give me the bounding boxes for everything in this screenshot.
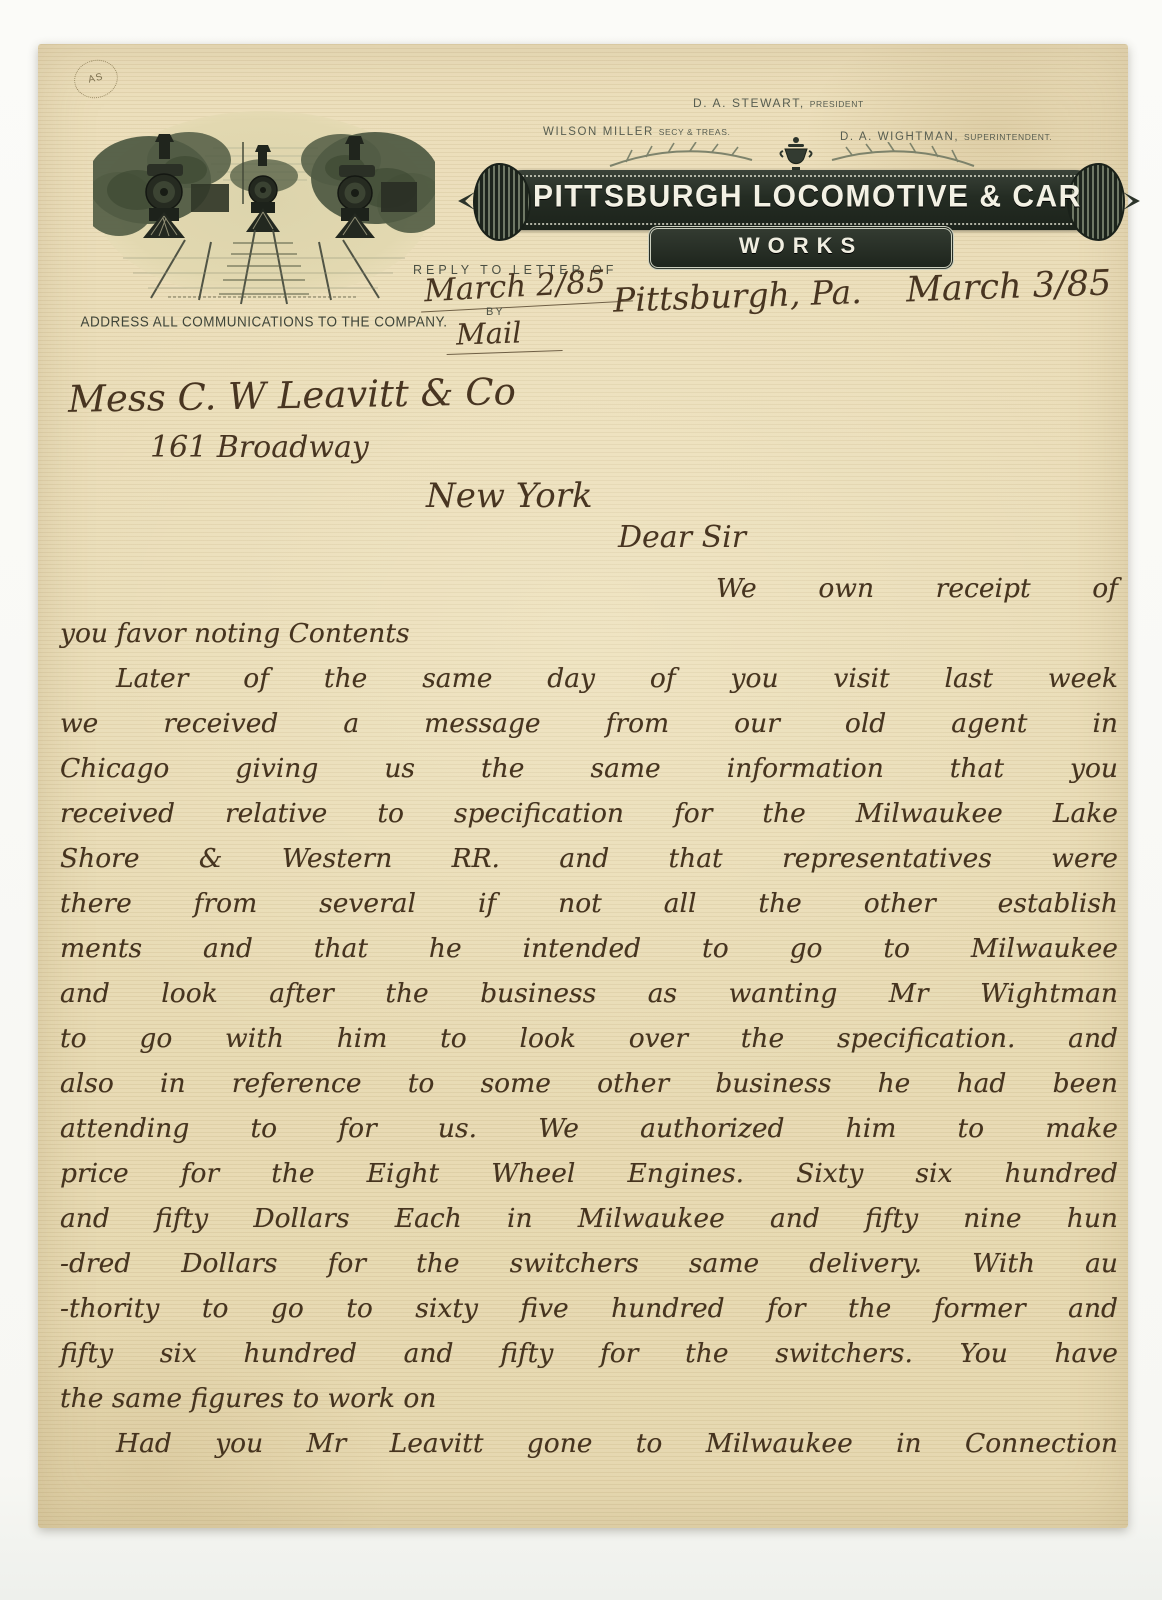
reply-via-handwritten: Mail bbox=[445, 314, 562, 355]
salutation: Dear Sir bbox=[618, 520, 746, 555]
dateline-place: Pittsburgh, Pa. bbox=[612, 272, 862, 320]
handwritten-line: the same figures to work on bbox=[60, 1376, 1118, 1421]
letter-sheet: AS bbox=[38, 44, 1128, 1528]
handwritten-line: -dred Dollars for the switchers same del… bbox=[60, 1241, 1118, 1286]
handwritten-line: you favor noting Contents bbox=[60, 611, 1118, 656]
company-name: PITTSBURGH LOCOMOTIVE & CAR bbox=[533, 179, 1065, 215]
handwritten-line: attending to for us. We authorized him t… bbox=[60, 1106, 1118, 1151]
recipient-city: New York bbox=[426, 476, 593, 516]
letter-body: We own receipt of you favor noting Conte… bbox=[60, 566, 1118, 1466]
handwritten-line: Chicago giving us the same information t… bbox=[60, 746, 1118, 791]
dateline-date: March 3/85 bbox=[905, 263, 1112, 310]
handwritten-line: we received a message from our old agent… bbox=[60, 701, 1118, 746]
handwritten-line: We own receipt of bbox=[716, 566, 1118, 611]
locomotives-engraving bbox=[93, 108, 435, 306]
handwritten-line: Later of the same day of you visit last … bbox=[60, 656, 1118, 701]
engraving-caption-line bbox=[168, 296, 358, 298]
handwritten-line: -thority to go to sixty five hundred for… bbox=[60, 1286, 1118, 1331]
handwritten-line: also in reference to some other business… bbox=[60, 1061, 1118, 1106]
handwritten-line: to go with him to look over the specific… bbox=[60, 1016, 1118, 1061]
recipient-street: 161 Broadway bbox=[150, 430, 369, 465]
embossed-seal-icon: AS bbox=[70, 55, 122, 103]
dateline: Pittsburgh, Pa. March 3/85 bbox=[612, 263, 1112, 320]
spade-finial-left-icon bbox=[449, 192, 475, 210]
officer-president: D. A. STEWART, PRESIDENT bbox=[693, 96, 864, 110]
laurel-branch-icon bbox=[606, 142, 756, 170]
banner-endcap-left bbox=[473, 163, 531, 241]
officer-secretary: WILSON MILLER SECY & TREAS. bbox=[543, 126, 730, 138]
handwritten-line: there from several if not all the other … bbox=[60, 881, 1118, 926]
company-name-works: WORKS bbox=[648, 226, 954, 270]
handwritten-line: received relative to specification for t… bbox=[60, 791, 1118, 836]
address-note: ADDRESS ALL COMMUNICATIONS TO THE COMPAN… bbox=[74, 313, 454, 329]
laurel-branch-icon bbox=[828, 142, 978, 170]
company-banner: PITTSBURGH LOCOMOTIVE & CAR bbox=[493, 170, 1105, 230]
handwritten-line: Had you Mr Leavitt gone to Milwaukee in … bbox=[60, 1421, 1118, 1466]
spade-finial-right-icon bbox=[1123, 192, 1149, 210]
handwritten-line: and fifty Dollars Each in Milwaukee and … bbox=[60, 1196, 1118, 1241]
recipient-name: Mess C. W Leavitt & Co bbox=[68, 370, 517, 421]
handwritten-line: and look after the business as wanting M… bbox=[60, 971, 1118, 1016]
handwritten-line: ments and that he intended to go to Milw… bbox=[60, 926, 1118, 971]
handwritten-line: price for the Eight Wheel Engines. Sixty… bbox=[60, 1151, 1118, 1196]
handwritten-line: Shore & Western RR. and that representat… bbox=[60, 836, 1118, 881]
handwritten-line: fifty six hundred and fifty for the swit… bbox=[60, 1331, 1118, 1376]
